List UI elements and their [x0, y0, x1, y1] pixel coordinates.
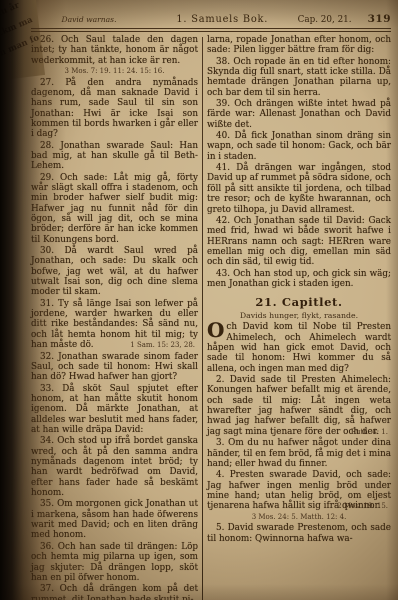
- column-divider-rule: [202, 37, 203, 600]
- verse-20-28: 28. Jonathan swarade Saul: Han bad mig, …: [31, 141, 198, 172]
- chapter-heading: 21. Capitlet.: [207, 295, 391, 309]
- left-column: 26. Och Saul talade den dagen intet; ty …: [31, 35, 198, 600]
- chapter-range: Cap. 20, 21.: [298, 15, 352, 25]
- page-header: David warnas. 1. Samuels Bok. Cap. 20, 2…: [31, 13, 391, 25]
- verse-21-5: 5. David swarade Prestenom, och sade til…: [207, 523, 391, 544]
- header-double-rule: [31, 28, 391, 32]
- verse-20-36: 36. Och han sade til drängen: Löp och he…: [31, 542, 198, 583]
- verse-20-43: 43. Och han stod up, och gick sin wäg; m…: [207, 269, 391, 290]
- verse-20-37-continued: larna, ropade Jonathan efter honom, och …: [207, 35, 391, 56]
- chapter-subtitle: Davids hunger, flykt, rasande.: [207, 311, 391, 320]
- verse-20-42: 42. Och Jonathan sade til David: Gack me…: [207, 216, 391, 268]
- running-head: David warnas.: [31, 15, 147, 24]
- verse-21-1-text: ch David kom til Nobe til Presten Ahimel…: [207, 322, 391, 373]
- verse-20-30: 30. Då wardt Saul wred på Jonathan, och …: [31, 246, 198, 298]
- verse-20-38: 38. Och ropade än en tid efter honom: Sk…: [207, 57, 391, 98]
- verse-21-1: Och David kom til Nobe til Presten Ahime…: [207, 322, 391, 374]
- drop-cap-initial: O: [207, 322, 226, 339]
- verse-20-27: 27. På den andra nymånads dagenom, då ma…: [31, 78, 198, 140]
- verse-20-32: 32. Jonathan swarade sinom fader Saul, o…: [31, 352, 198, 383]
- verse-21-3: 3. Om du nu hafwer något under dina händ…: [207, 438, 391, 469]
- verse-20-37: 37. Och då drängen kom på det rummet, di…: [31, 584, 198, 600]
- verse-20-35: 35. Om morgonen gick Jonathan ut i marke…: [31, 499, 198, 540]
- verse-20-40: 40. Då fick Jonathan sinom dräng sin wap…: [207, 131, 391, 162]
- verse-20-29: 29. Och sade: Låt mig gå, förty wår släg…: [31, 173, 198, 245]
- book-title: 1. Samuels Bok.: [147, 14, 298, 25]
- text-columns: 26. Och Saul talade den dagen intet; ty …: [31, 35, 391, 600]
- right-column: larna, ropade Jonathan efter honom, och …: [207, 35, 391, 600]
- crossref-20-26: 3 Mos. 7: 19. 11: 24. 15: 16.: [31, 67, 198, 77]
- verse-20-26: 26. Och Saul talade den dagen intet; ty …: [31, 35, 198, 66]
- page-content: David warnas. 1. Samuels Bok. Cap. 20, 2…: [31, 13, 391, 600]
- book-page-photo: du år Ekm ma n man fo David warnas. 1. S…: [0, 0, 398, 600]
- verse-20-34: 34. Och stod up ifrå bordet ganska wred,…: [31, 436, 198, 498]
- verse-20-33: 33. Då sköt Saul spjutet efter honom, at…: [31, 384, 198, 436]
- verse-20-41: 41. Då drängen war ingången, stod David …: [207, 163, 391, 215]
- spine-text-fragment: du år: [0, 0, 21, 19]
- page-number: 319: [368, 13, 391, 25]
- crossref-21-4b: 3 Mos. 24: 5. Matth. 12: 4.: [207, 513, 391, 523]
- verse-20-39: 39. Och drängen wißte intet hwad på färd…: [207, 99, 391, 130]
